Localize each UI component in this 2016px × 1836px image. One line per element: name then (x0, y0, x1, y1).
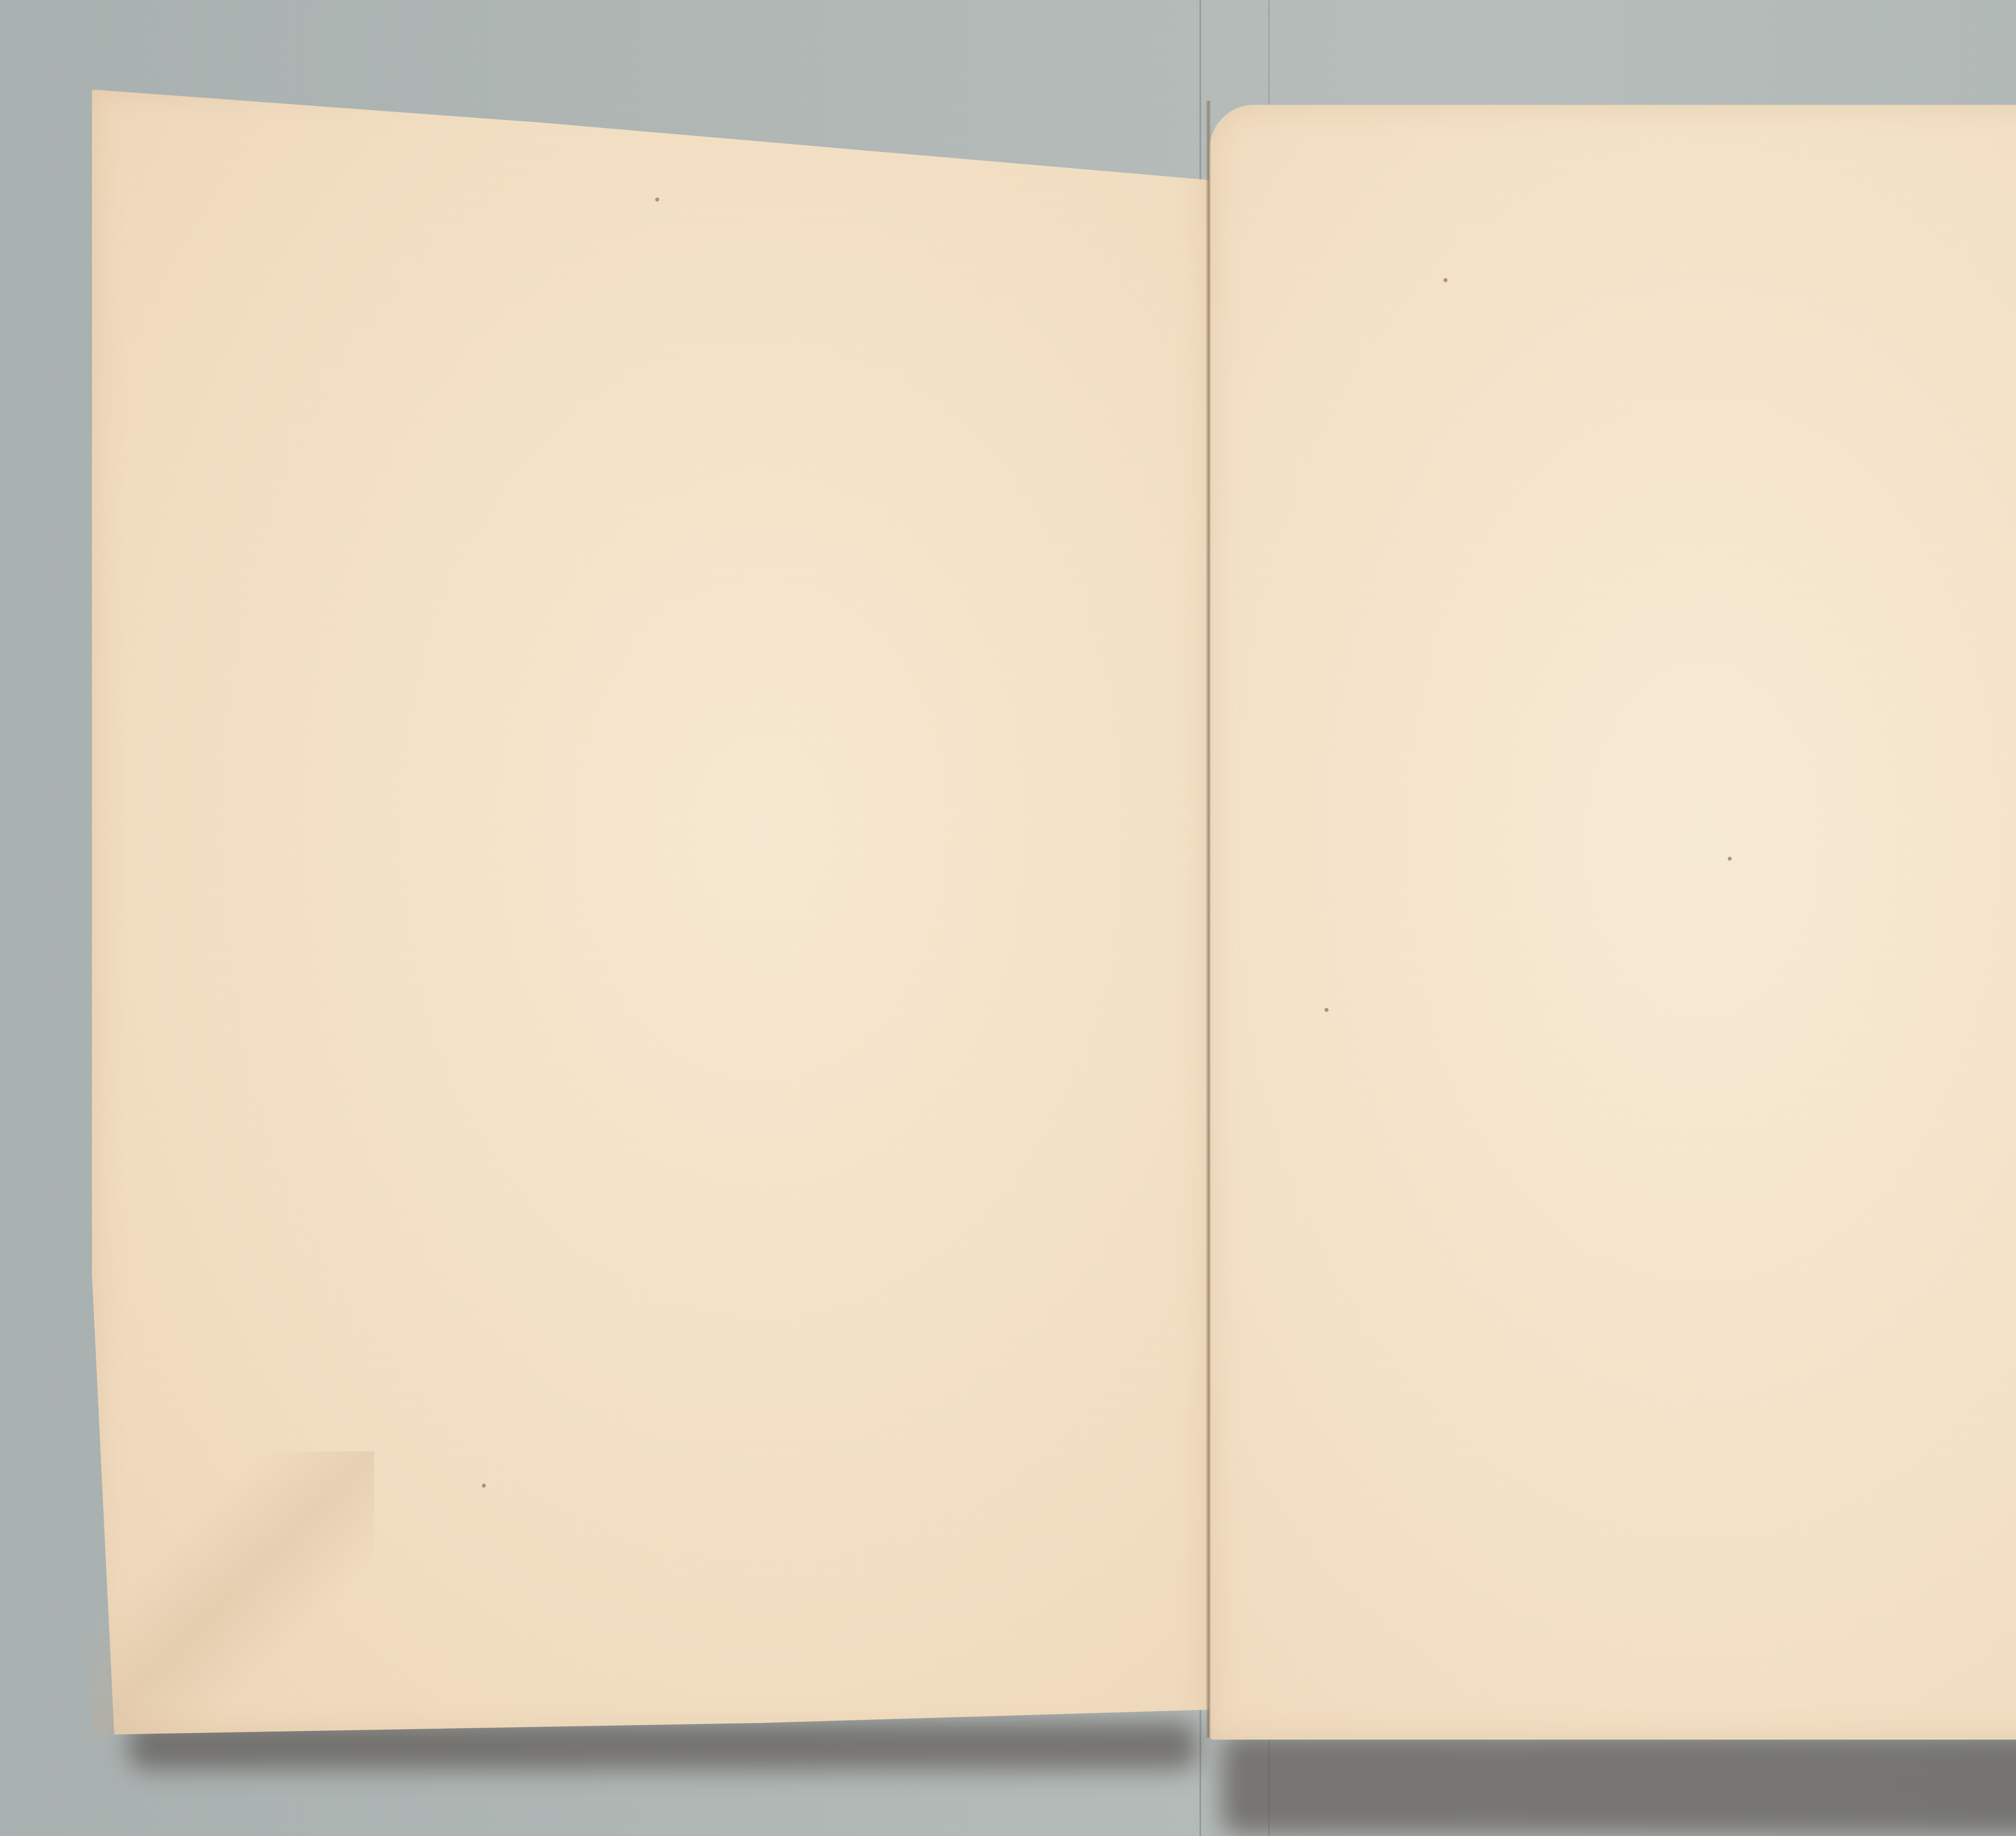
paper-speck (482, 1484, 486, 1488)
paper-speck (655, 198, 659, 202)
open-book (0, 0, 2016, 1836)
left-page (92, 90, 1209, 1734)
paper-speck (1728, 857, 1732, 861)
paper-speck (1443, 278, 1447, 282)
right-page (1210, 105, 2016, 1740)
right-page-shadow (1222, 1734, 2016, 1834)
paper-speck (1325, 1008, 1329, 1012)
book-gutter (1206, 101, 1211, 1738)
